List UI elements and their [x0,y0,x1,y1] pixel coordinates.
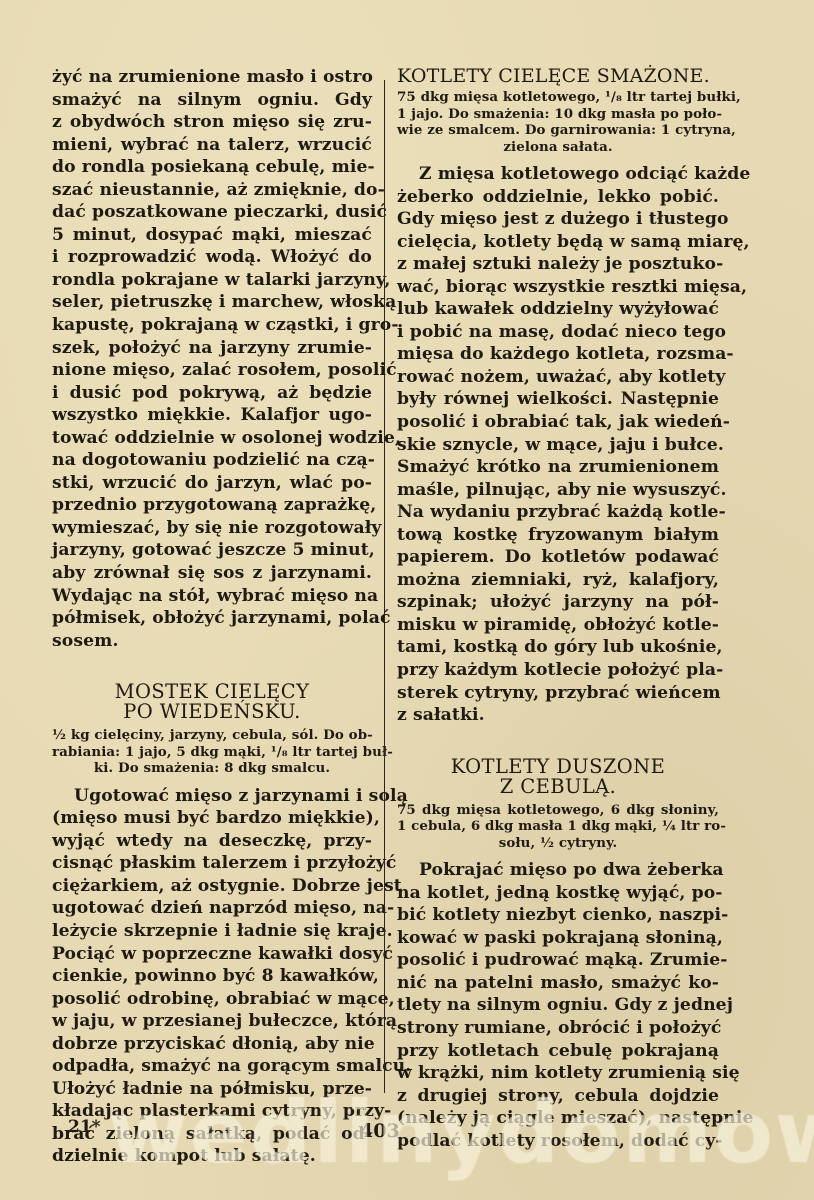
recipe-title: PO WIEDEŃSKU. [52,702,372,722]
recipe-title: KOTLETY DUSZONE [397,757,719,777]
text-line: mięsa do każdego kotleta, rozsma- [397,343,719,366]
text-line: żeberko oddzielnie, lekko pobić. [397,186,719,209]
ingredients-line: rabiania: 1 jajo, 5 dkg mąki, ¹/₈ ltr ta… [52,744,372,761]
text-line: nić na patelni masło, smażyć ko- [397,972,719,995]
text-line: Pokrajać mięso po dwa żeberka [397,859,719,882]
ingredients-line: zielona sałata. [397,139,719,156]
spacer [52,777,372,785]
text-line: kować w paski pokrajaną słoniną, [397,927,719,950]
text-line: maśle, pilnując, aby nie wysuszyć. [397,479,719,502]
text-line: w jaju, w przesianej bułeczce, którą [52,1010,372,1033]
continued-recipe-text: żyć na zrumienione masło i ostro smażyć … [52,66,372,652]
column-divider [384,80,385,1093]
text-line: dać poszatkowane pieczarki, dusić [52,201,372,224]
spacer [52,652,372,682]
text-line: dzielnie kompot lub sałatę. [52,1145,372,1168]
ingredients-line: 1 jajo. Do smażenia: 10 dkg masła po poł… [397,106,719,123]
text-line: Gdy mięso jest z dużego i tłustego [397,208,719,231]
right-column: KOTLETY CIELĘCE SMAŻONE. 75 dkg mięsa ko… [397,66,719,1152]
text-line: smażyć na silnym ogniu. Gdy [52,89,372,112]
text-line: mieni, wybrać na talerz, wrzucić [52,134,372,157]
text-line: posolić odrobinę, obrabiać w mące, [52,988,372,1011]
text-line: Smażyć krótko na zrumienionem [397,456,719,479]
text-line: nione mięso, zalać rosołem, posolić [52,359,372,382]
recipe-kotlety-duszone: KOTLETY DUSZONE Z CEBULĄ. 75 dkg mięsa k… [397,757,719,1153]
text-line: i pobić na masę, dodać nieco tego [397,321,719,344]
text-line: (mięso musi być bardzo miękkie), [52,807,372,830]
text-line: Z mięsa kotletowego odciąć każde [397,163,719,186]
text-line: do rondla posiekaną cebulę, mie- [52,156,372,179]
text-line: z sałatki. [397,704,719,727]
text-line: przy każdym kotlecie położyć pla- [397,659,719,682]
text-line: z obydwóch stron mięso się zru- [52,111,372,134]
text-line: podlać kotlety rosołem, dodać cy- [397,1130,719,1153]
text-line: misku w piramidę, obłożyć kotle- [397,614,719,637]
text-line: były równej wielkości. Następnie [397,388,719,411]
ingredients-line: 1 cebula, 6 dkg masła 1 dkg mąki, ¼ ltr … [397,818,719,835]
text-line: wyjąć wtedy na deseczkę, przy- [52,830,372,853]
text-line: tową kostkę fryzowanym białym [397,524,719,547]
text-line: cielęcia, kotlety będą w samą miarę, [397,231,719,254]
recipe-title: Z CEBULĄ. [397,777,719,797]
text-line: szpinak; ułożyć jarzyny na pół- [397,591,719,614]
ingredients-line: sołu, ½ cytryny. [397,835,719,852]
text-line: sterek cytryny, przybrać wieńcem [397,682,719,705]
text-line: przy kotletach cebulę pokrajaną [397,1040,719,1063]
text-line: lub kawałek oddzielny wyżyłować [397,298,719,321]
text-line: skie sznycle, w mące, jaju i bułce. [397,434,719,457]
text-line: aby zrównał się sos z jarzynami. [52,562,372,585]
text-line: rondla pokrajane w talarki jarzyny, [52,269,372,292]
text-line: stki, wrzucić do jarzyn, wlać po- [52,472,372,495]
text-line: kapustę, pokrajaną w cząstki, i gro- [52,314,372,337]
left-column: żyć na zrumienione masło i ostro smażyć … [52,66,372,1168]
text-line: z drugiej strony, cebula dojdzie [397,1085,719,1108]
text-line: posolić i pudrować mąką. Zrumie- [397,949,719,972]
text-line: przednio przygotowaną zaprażkę, [52,494,372,517]
text-line: wszystko miękkie. Kalafjor ugo- [52,404,372,427]
ingredients-line: wie ze smalcem. Do garnirowania: 1 cytry… [397,122,719,139]
text-line: szek, położyć na jarzyny zrumie- [52,337,372,360]
text-line: cienkie, powinno być 8 kawałków, [52,965,372,988]
text-line: w krążki, nim kotlety zrumienią się [397,1062,719,1085]
recipe-kotlety-cielece-smazone: KOTLETY CIELĘCE SMAŻONE. 75 dkg mięsa ko… [397,66,719,727]
spacer [397,851,719,859]
signature-mark: 21* [68,1117,101,1137]
text-line: papierem. Do kotletów podawać [397,546,719,569]
text-line: z małej sztuki należy je posztuko- [397,253,719,276]
text-line: żyć na zrumienione masło i ostro [52,66,372,89]
text-line: ugotować dzień naprzód mięso, na- [52,897,372,920]
text-line: można ziemniaki, ryż, kalafjory, [397,569,719,592]
text-line: i rozprowadzić wodą. Włożyć do [52,246,372,269]
text-line: seler, pietruszkę i marchew, włoską [52,291,372,314]
text-line: tować oddzielnie w osolonej wodzie, [52,427,372,450]
text-line: odpadła, smażyć na gorącym smalcu. [52,1055,372,1078]
ingredients-line: ½ kg cielęciny, jarzyny, cebula, sól. Do… [52,727,372,744]
ingredients-line: 75 dkg mięsa kotletowego, ¹/₈ ltr tartej… [397,89,719,106]
text-line: na dogotowaniu podzielić na czą- [52,449,372,472]
page-number: 403 [360,1120,400,1142]
recipe-title: KOTLETY CIELĘCE SMAŻONE. [397,66,719,86]
text-line: Ugotować mięso z jarzynami i solą [52,785,372,808]
text-line: posolić i obrabiać tak, jak wiedeń- [397,411,719,434]
text-line: 5 minut, dosypać mąki, mieszać [52,224,372,247]
book-page: żyć na zrumienione masło i ostro smażyć … [0,0,814,1200]
text-line: i dusić pod pokrywą, aż będzie [52,382,372,405]
text-line: ciężarkiem, aż ostygnie. Dobrze jest [52,875,372,898]
text-line: tlety na silnym ogniu. Gdy z jednej [397,994,719,1017]
text-line: rować nożem, uważać, aby kotlety [397,366,719,389]
text-line: szać nieustannie, aż zmięknie, do- [52,179,372,202]
text-line: bić kotlety niezbyt cienko, naszpi- [397,904,719,927]
text-line: na kotlet, jedną kostkę wyjąć, po- [397,882,719,905]
text-line: Pociąć w poprzeczne kawałki dosyć [52,943,372,966]
text-line: Ułożyć ładnie na półmisku, prze- [52,1078,372,1101]
recipe-mostek-cielecy: MOSTEK CIELĘCY PO WIEDEŃSKU. ½ kg cielęc… [52,682,372,1168]
text-line: jarzyny, gotować jeszcze 5 minut, [52,539,372,562]
text-line: półmisek, obłożyć jarzynami, polać [52,607,372,630]
text-line: wać, biorąc wszystkie resztki mięsa, [397,276,719,299]
ingredients-line: 75 dkg mięsa kotletowego, 6 dkg słoniny, [397,802,719,819]
text-line: (należy ją ciągle mieszać), następnie [397,1107,719,1130]
text-line: wymieszać, by się nie rozgotowały [52,517,372,540]
text-line: sosem. [52,630,372,653]
text-line: Wydając na stół, wybrać mięso na [52,585,372,608]
text-line: dobrze przyciskać dłonią, aby nie [52,1033,372,1056]
text-line: Na wydaniu przybrać każdą kotle- [397,501,719,524]
text-line: strony rumiane, obrócić i położyć [397,1017,719,1040]
spacer [397,155,719,163]
text-line: leżycie skrzepnie i ładnie się kraje. [52,920,372,943]
spacer [397,727,719,757]
ingredients-line: ki. Do smażenia: 8 dkg smalcu. [52,760,372,777]
text-line: tami, kostką do góry lub ukośnie, [397,636,719,659]
text-line: cisnąć płaskim talerzem i przyłożyć [52,852,372,875]
